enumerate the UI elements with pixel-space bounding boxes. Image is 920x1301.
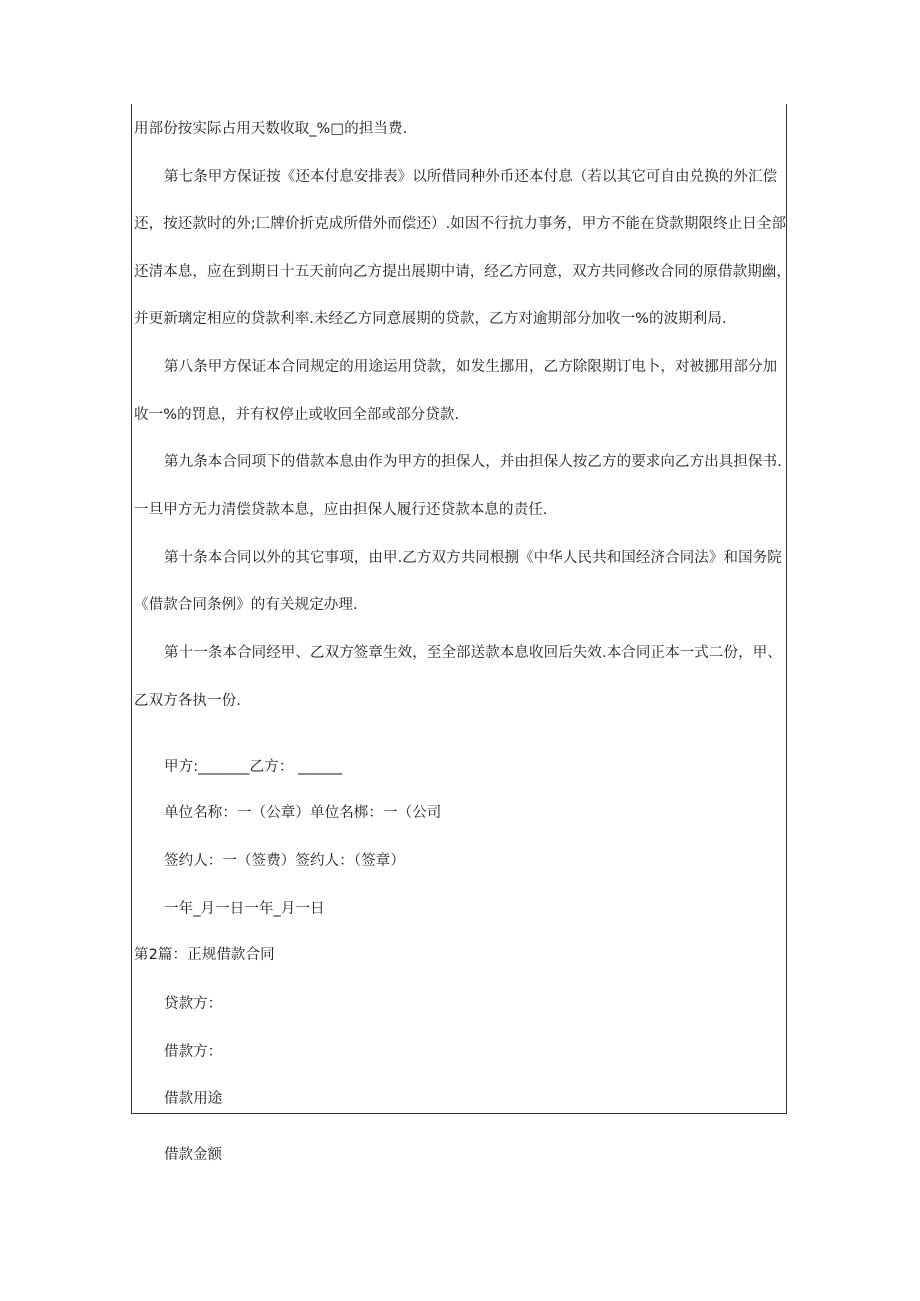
lender-label: 贷款方： xyxy=(164,994,222,1014)
loan-amount-label: 借款金额 xyxy=(164,1145,222,1165)
article-8-line: 第八条甲方保证本合同规定的用途运用贷款，如发生挪用，乙方除限期订电卜，对被挪用部… xyxy=(164,357,777,377)
signature-unit-names: 单位名称：一（公章）单位名梆：一（公司 xyxy=(164,803,441,823)
paragraph-line: 还清本息，应在到期日十五天前向乙方提出展期中请，经乙方同意，双方共同修改合同的原… xyxy=(134,262,791,282)
article-7-line: 第七条甲方保证按《还本付息安排表》以所借同种外币还本付息（若以其它可自由兑换的外… xyxy=(164,167,777,187)
article-11-line: 第十一条本合同经甲、乙双方签章生效，至全部送款本息收回后失效.本合同正本一式二份… xyxy=(164,643,782,663)
signature-parties: 甲方:_______乙方： ______ xyxy=(164,757,342,777)
section-2-heading: 第2篇：正规借款合同 xyxy=(134,945,275,965)
signature-signers: 签约人：一（签费）签约人：（签章） xyxy=(164,851,405,871)
borrower-label: 借款方： xyxy=(164,1042,222,1062)
article-10-line: 第十条本合同以外的其它事项，由甲.乙方双方共同根捌《中华人民共和国经济合同法》和… xyxy=(164,548,782,568)
paragraph-line: 并更新璃定相应的贷款利率.未经乙方同意展期的贷款，乙方对逾期部分加收一%的波期利… xyxy=(134,309,727,329)
signature-dates: 一年_月一日一年_月一日 xyxy=(164,899,325,919)
loan-purpose-label: 借款用途 xyxy=(164,1089,222,1109)
article-9-line: 第九条本合同项下的借款本息由作为甲方的担保人，并由担保人按乙方的要求向乙方出具担… xyxy=(164,452,782,472)
paragraph-line: 用部份按实际占用天数收取_%□的担当费. xyxy=(134,119,407,139)
paragraph-line: 还，按还款时的外;匚牌价折克成所借外而偿还）.如因不行抗力事务，甲方不能在贷款期… xyxy=(134,214,786,234)
paragraph-line: 收一%的罚息，并有权停止或收回全部或部分贷款. xyxy=(134,405,459,425)
paragraph-line: 一旦甲方无力清偿贷款本息，应由担保人履行还贷款本息的责任. xyxy=(134,500,548,520)
paragraph-line: 乙双方各执一份. xyxy=(134,691,241,711)
paragraph-line: 《借款合同条例》的有关规定办理. xyxy=(134,595,358,615)
